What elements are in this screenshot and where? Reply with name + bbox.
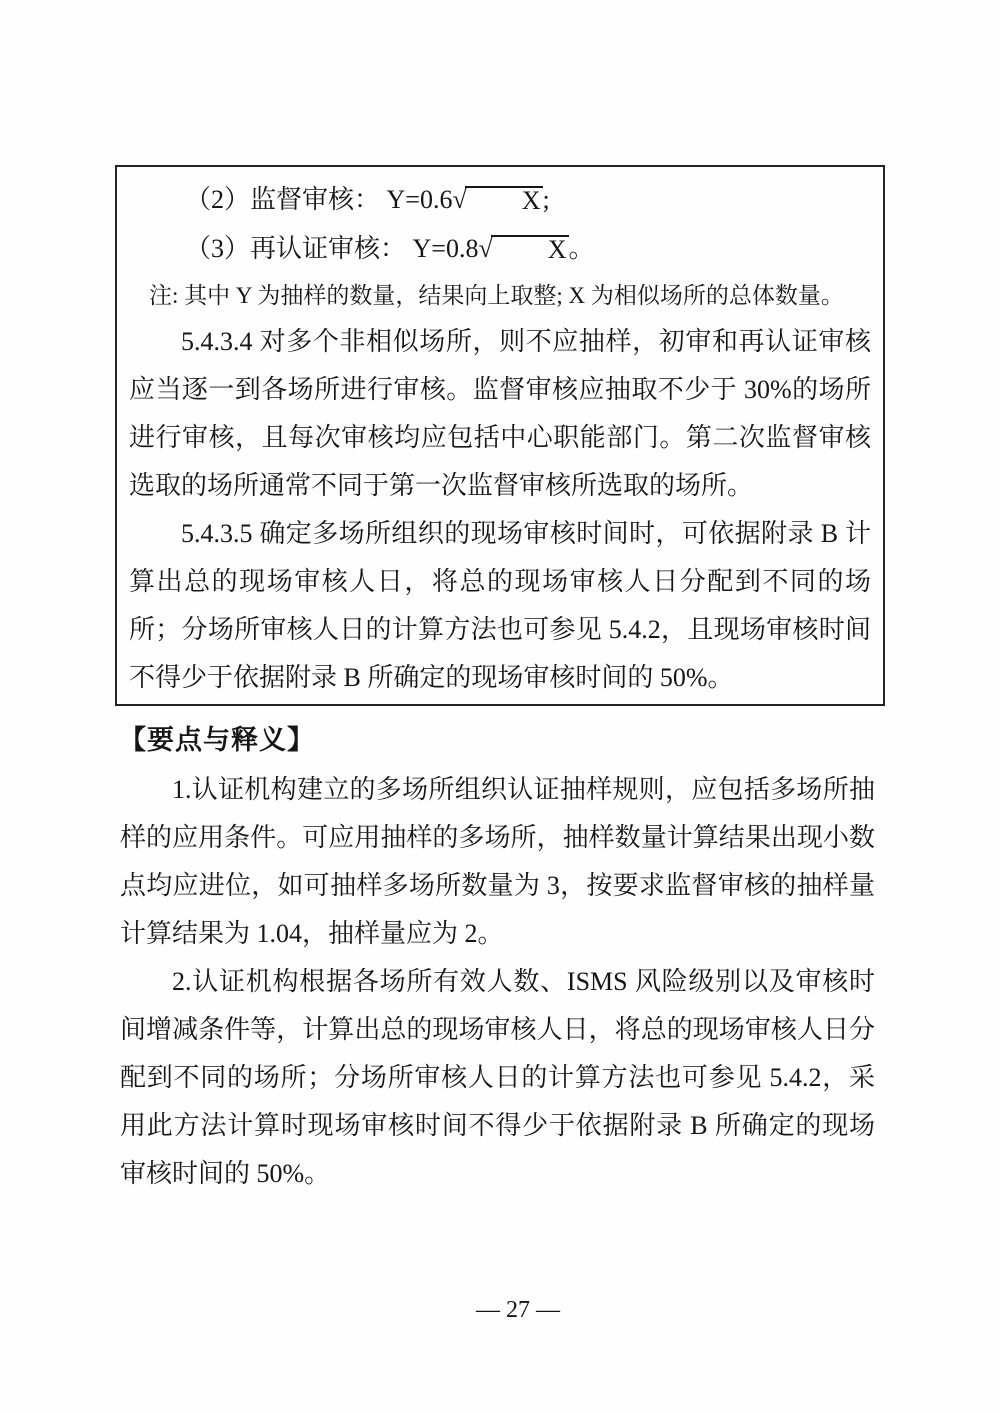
clause-paragraph-5434: 5.4.3.4 对多个非相似场所，则不应抽样，初审和再认证审核应当逐一到各场所进… — [129, 318, 871, 510]
formula-surveillance-audit: （2）监督审核： Y=0.6√X; — [129, 175, 871, 224]
page-number: — 27 — — [18, 1292, 1000, 1328]
formula-label: （2）监督审核： Y=0.6 — [185, 185, 452, 214]
sqrt-radicand: X — [465, 186, 543, 215]
formula-note: 注: 其中 Y 为抽样的数量，结果向上取整; X 为相似场所的总体数量。 — [129, 273, 871, 318]
interpretation-paragraph-1: 1.认证机构建立的多场所组织认证抽样规则，应包括多场所抽样的应用条件。可应用抽样… — [120, 766, 875, 958]
interpretation-section: 1.认证机构建立的多场所组织认证抽样规则，应包括多场所抽样的应用条件。可应用抽样… — [120, 766, 875, 1198]
clause-paragraph-5435: 5.4.3.5 确定多场所组织的现场审核时间时，可依据附录 B 计算出总的现场审… — [129, 510, 871, 702]
formula-recertification-audit: （3）再认证审核： Y=0.8√X。 — [129, 224, 871, 273]
document-page: （2）监督审核： Y=0.6√X; （3）再认证审核： Y=0.8√X。 注: … — [0, 0, 1000, 1414]
formula-suffix: ; — [543, 185, 550, 214]
formula-suffix: 。 — [569, 234, 595, 263]
sqrt-radicand: X — [491, 235, 569, 264]
formula-label: （3）再认证审核： Y=0.8 — [185, 234, 478, 263]
section-heading-key-points: 【要点与释义】 — [119, 720, 315, 760]
clause-box: （2）监督审核： Y=0.6√X; （3）再认证审核： Y=0.8√X。 注: … — [115, 165, 885, 706]
interpretation-paragraph-2: 2.认证机构根据各场所有效人数、ISMS 风险级别以及审核时间增减条件等，计算出… — [120, 958, 875, 1198]
